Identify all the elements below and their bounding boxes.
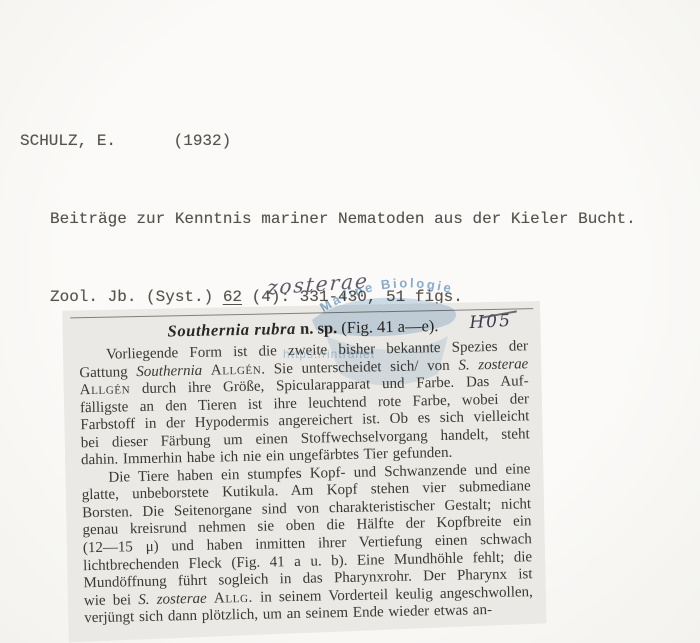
pasted-clipping: Southernia rubra n. sp. (Fig. 41 a—e). H… [62, 301, 547, 642]
new-species-abbrev: n. sp. [296, 318, 342, 338]
scanned-index-card: { "reference": { "line1": "SCHULZ, E. (1… [0, 0, 700, 643]
species-name: Southernia rubra [167, 319, 296, 341]
clipping-body: Vorliegende Form ist die zweite bisher b… [79, 338, 534, 628]
figure-reference: (Fig. 41 a—e). [341, 316, 439, 337]
reference-title: Beiträge zur Kenntnis mariner Nematoden … [50, 206, 636, 232]
citation-volume: 62 [223, 288, 242, 306]
reference-author-year: SCHULZ, E. (1932) [20, 128, 636, 154]
handwritten-code: H05 [468, 310, 512, 334]
bibliographic-reference: SCHULZ, E. (1932) Beiträge zur Kenntnis … [20, 76, 636, 336]
citation-journal: Zool. Jb. (Syst.) [50, 288, 223, 306]
